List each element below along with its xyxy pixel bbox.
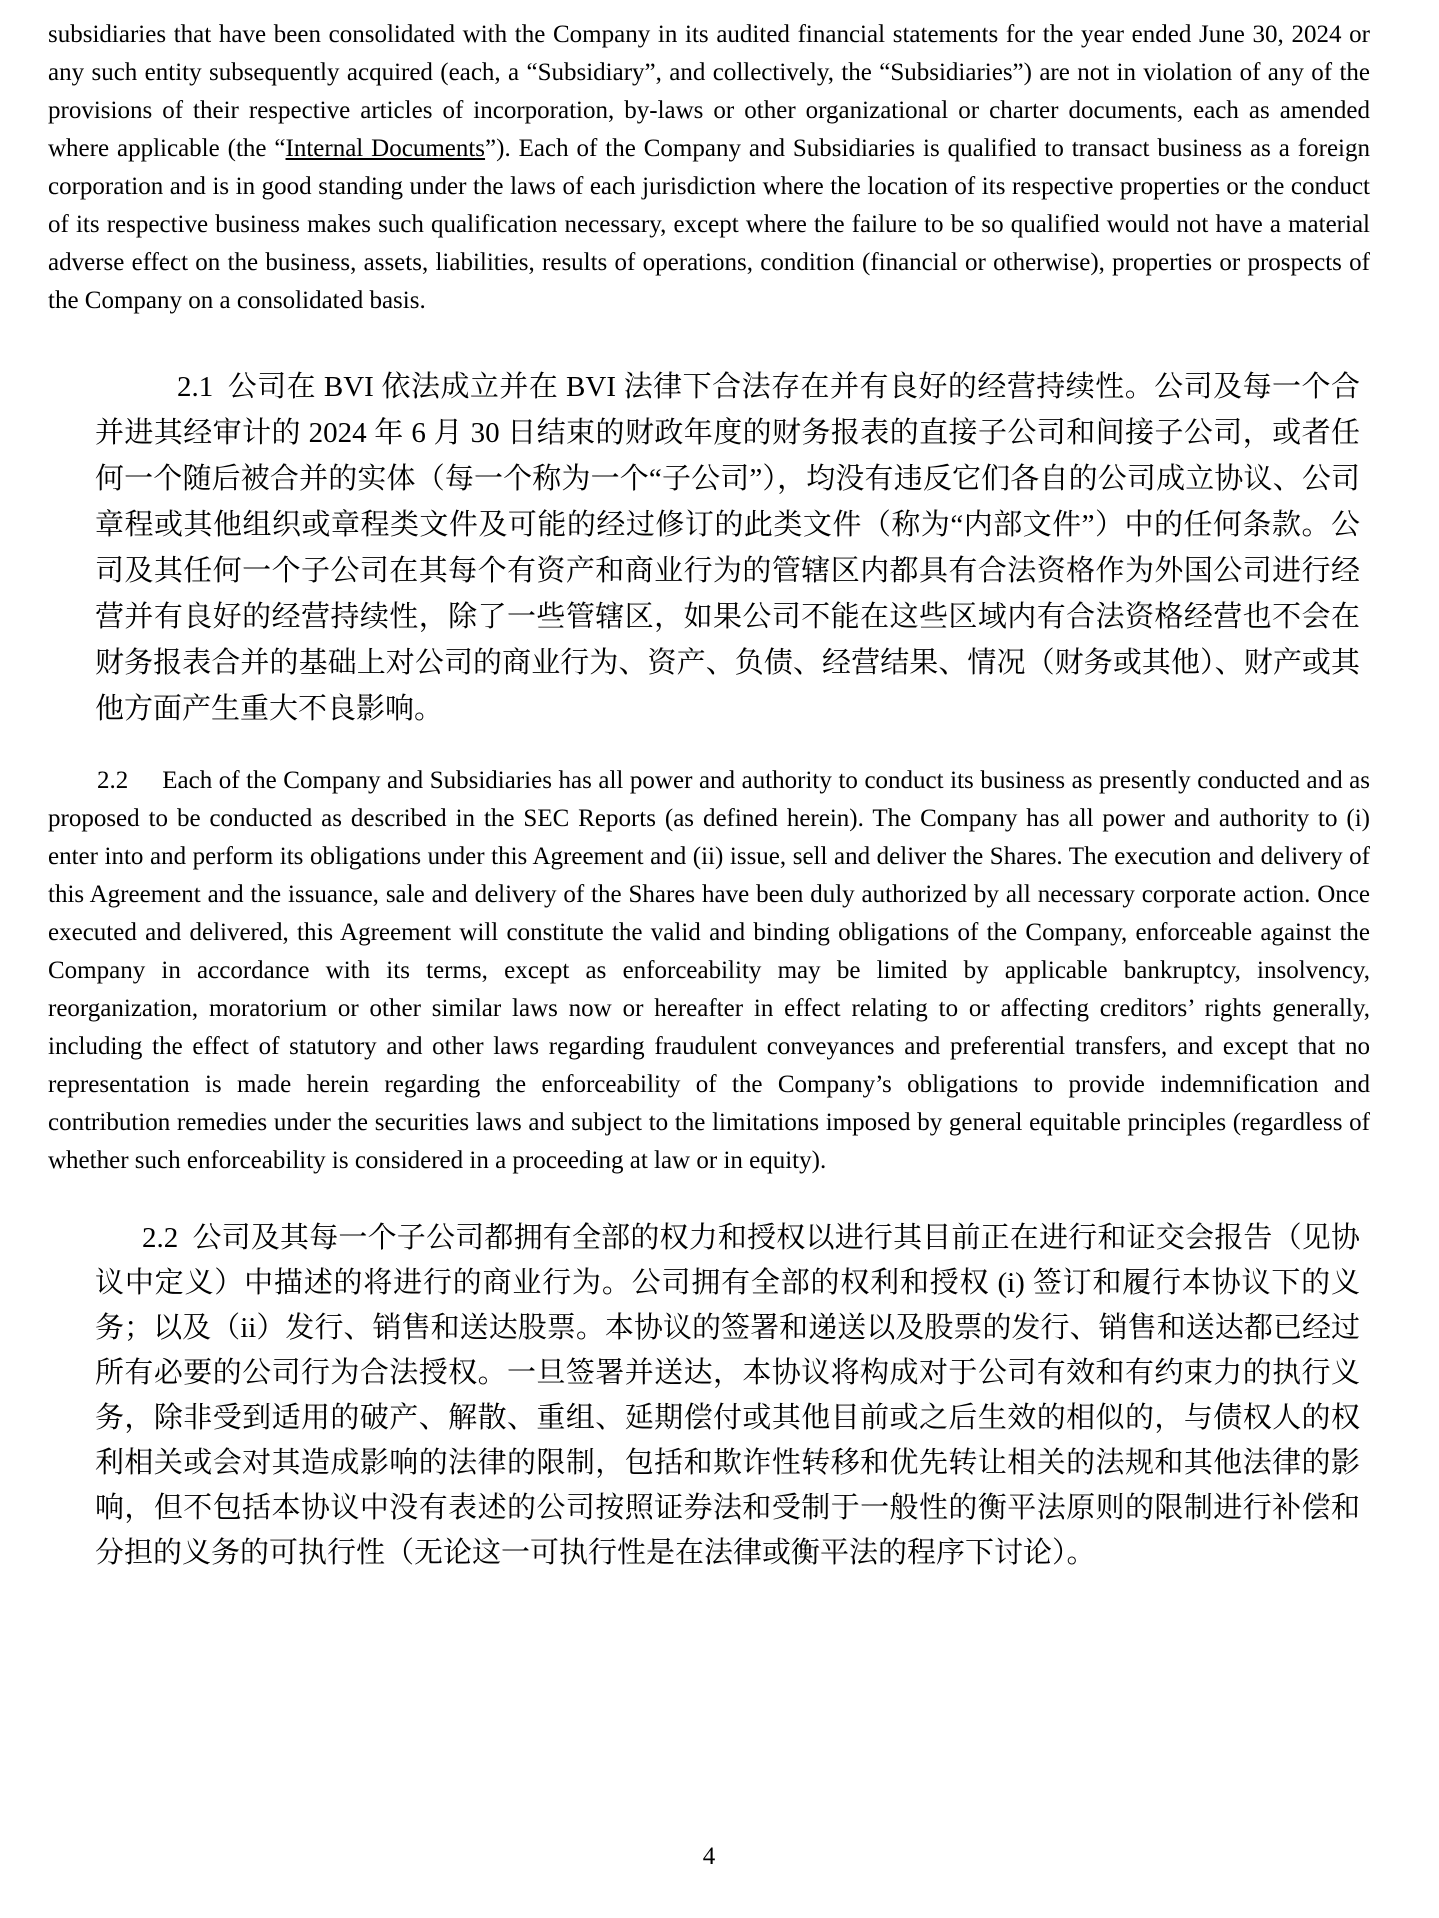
section-2-1-number: 2.1 xyxy=(177,371,213,403)
section-2-2-english-text: Each of the Company and Subsidiaries has… xyxy=(48,767,1370,1174)
section-2-2-chinese-number: 2.2 xyxy=(142,1222,178,1254)
section-2-2-chinese-text: 公司及其每一个子公司都拥有全部的权力和授权以进行其目前正在进行和证交会报告（见协… xyxy=(95,1222,1360,1569)
defined-term-internal-documents: Internal Documents xyxy=(286,135,486,162)
paragraph-subsidiaries-continuation: subsidiaries that have been consolidated… xyxy=(48,0,1370,320)
page-number: 4 xyxy=(48,1843,1370,1871)
section-2-1-chinese: 2.1公司在 BVI 依法成立并在 BVI 法律下合法存在并有良好的经营持续性。… xyxy=(95,364,1360,732)
section-2-2-english-number: 2.2 xyxy=(97,767,128,794)
section-2-1-text: 公司在 BVI 依法成立并在 BVI 法律下合法存在并有良好的经营持续性。公司及… xyxy=(95,371,1360,725)
section-2-2-english: 2.2Each of the Company and Subsidiaries … xyxy=(48,762,1370,1180)
document-page: subsidiaries that have been consolidated… xyxy=(0,0,1439,1918)
section-2-2-chinese: 2.2公司及其每一个子公司都拥有全部的权力和授权以进行其目前正在进行和证交会报告… xyxy=(95,1216,1360,1576)
